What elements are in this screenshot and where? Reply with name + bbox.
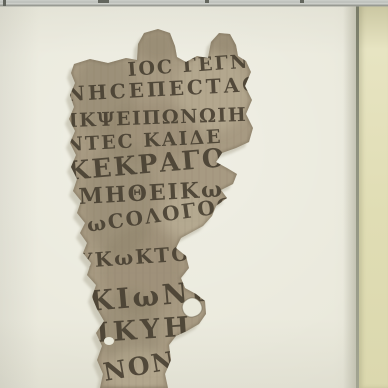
mount-seam-line bbox=[356, 4, 359, 388]
manuscript-photo: ΙΟC ΓΕΓΝ ΝΗCΕΠΕCΤΑCΕΙ ΙΚΨΕΙΠΩΝΩΙΗΟ ΝΤΕC … bbox=[0, 0, 388, 388]
papyrus-surface: ΙΟC ΓΕΓΝ ΝΗCΕΠΕCΤΑCΕΙ ΙΚΨΕΙΠΩΝΩΙΗΟ ΝΤΕC … bbox=[58, 25, 292, 388]
ruler-tick bbox=[3, 0, 6, 6]
papyrus-hole bbox=[104, 337, 114, 345]
ruler-tick bbox=[300, 0, 304, 3]
papyrus-fragment-image: ΙΟC ΓΕΓΝ ΝΗCΕΠΕCΤΑCΕΙ ΙΚΨΕΙΠΩΝΩΙΗΟ ΝΤΕC … bbox=[0, 0, 388, 388]
mount-seam-shadow bbox=[343, 4, 356, 388]
mount-edge-strip bbox=[359, 3, 388, 388]
ruler-tick bbox=[98, 0, 109, 3]
frame-top-bar bbox=[0, 0, 388, 7]
ruler-tick bbox=[205, 0, 209, 3]
